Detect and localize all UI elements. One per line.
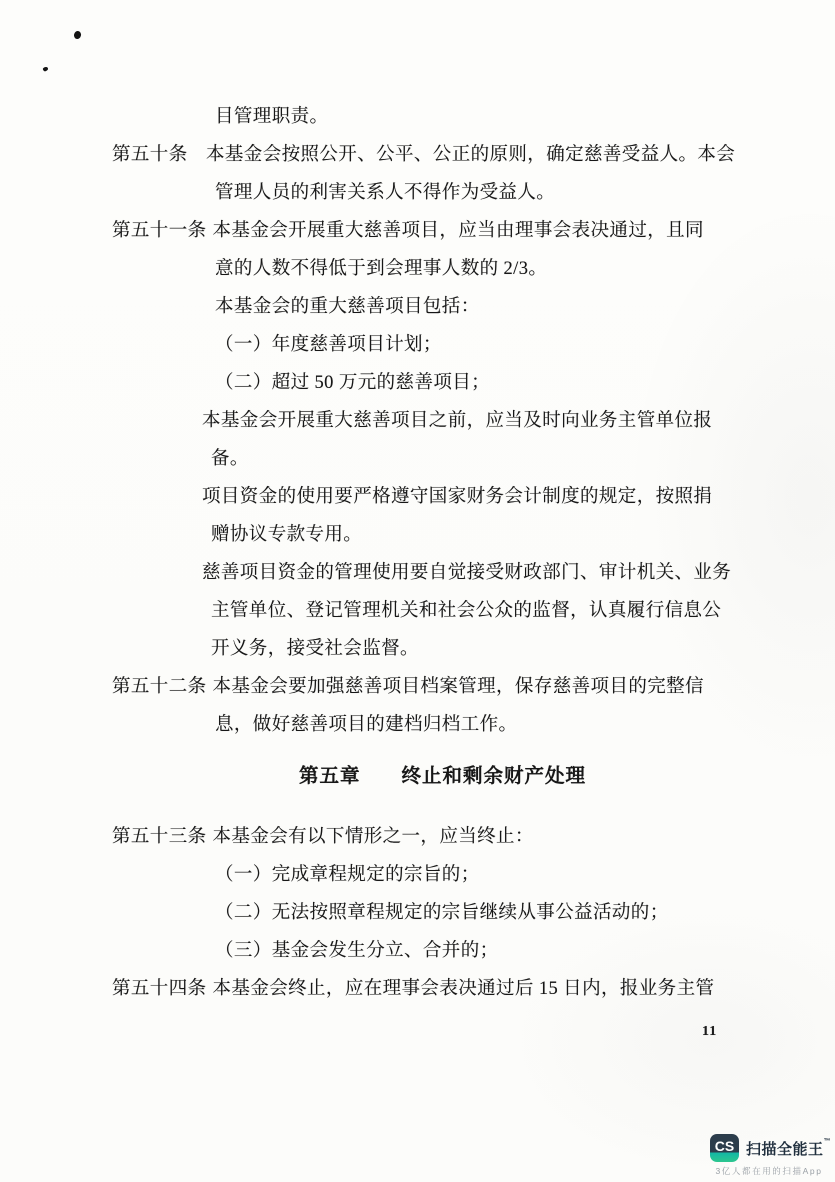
- line-text: 目管理职责。: [215, 107, 328, 127]
- line-text: 主管单位、登记管理机关和社会公众的监督，认真履行信息公: [211, 601, 721, 621]
- line-text: 本基金会的重大慈善项目包括：: [215, 297, 480, 317]
- camscanner-tagline: 3亿人都在用的扫描App: [710, 1165, 828, 1177]
- document-body: 目管理职责。 第五十条 本基金会按照公开、公平、公正的原则，确定慈善受益人。本会…: [0, 98, 835, 1008]
- doc-line: 项目资金的使用要严格遵守国家财务会计制度的规定，按照捐: [0, 478, 835, 516]
- article-number: 第五十四条: [112, 970, 207, 1008]
- article-number: 第五十二条: [112, 668, 207, 706]
- doc-line: 第五十一条 本基金会开展重大慈善项目，应当由理事会表决通过，且同: [0, 212, 835, 250]
- doc-line: （二）超过 50 万元的慈善项目；: [0, 364, 835, 402]
- camscanner-watermark: CS 扫描全能王™ 3亿人都在用的扫描App: [710, 1134, 828, 1177]
- line-text: 本基金会按照公开、公平、公正的原则，确定慈善受益人。本会: [206, 136, 735, 174]
- camscanner-cs-icon: CS: [710, 1134, 739, 1162]
- doc-line: 息，做好慈善项目的建档归档工作。: [0, 706, 835, 744]
- trademark-symbol: ™: [824, 1138, 832, 1145]
- doc-line: 第五十三条 本基金会有以下情形之一，应当终止：: [0, 818, 835, 856]
- camscanner-title-text: 扫描全能王: [746, 1141, 824, 1158]
- line-text: 备。: [211, 449, 249, 469]
- line-text: （二）超过 50 万元的慈善项目；: [215, 373, 490, 393]
- doc-line: 开义务，接受社会监督。: [0, 630, 835, 668]
- line-text: 项目资金的使用要严格遵守国家财务会计制度的规定，按照捐: [202, 487, 712, 507]
- page-number: 11: [702, 1024, 717, 1040]
- doc-line: 第五章 终止和剩余财产处理: [0, 758, 835, 796]
- doc-line: 第五十条 本基金会按照公开、公平、公正的原则，确定慈善受益人。本会: [0, 136, 835, 174]
- scanned-document-page: 目管理职责。 第五十条 本基金会按照公开、公平、公正的原则，确定慈善受益人。本会…: [0, 0, 835, 1182]
- line-text: 意的人数不得低于到会理事人数的 2/3。: [215, 259, 547, 279]
- doc-line: 第五十二条 本基金会要加强慈善项目档案管理，保存慈善项目的完整信: [0, 668, 835, 706]
- ink-speck: [42, 66, 48, 72]
- line-text: 本基金会有以下情形之一，应当终止：: [213, 818, 534, 856]
- line-text: （一）年度慈善项目计划；: [215, 335, 442, 355]
- doc-line: 第五十四条 本基金会终止，应在理事会表决通过后 15 日内，报业务主管: [0, 970, 835, 1008]
- line-text: 开义务，接受社会监督。: [211, 639, 419, 659]
- line-text: 息，做好慈善项目的建档归档工作。: [215, 715, 517, 735]
- doc-line: 赠协议专款专用。: [0, 516, 835, 554]
- article-number: 第五十三条: [112, 818, 207, 856]
- line-text: 管理人员的利害关系人不得作为受益人。: [215, 183, 555, 203]
- doc-line: 本基金会开展重大慈善项目之前，应当及时向业务主管单位报: [0, 402, 835, 440]
- line-text: 本基金会要加强慈善项目档案管理，保存慈善项目的完整信: [213, 668, 704, 706]
- line-text: 本基金会开展重大慈善项目，应当由理事会表决通过，且同: [213, 212, 704, 250]
- line-text: 本基金会开展重大慈善项目之前，应当及时向业务主管单位报: [202, 411, 712, 431]
- article-number: 第五十一条: [112, 212, 207, 250]
- doc-line: 目管理职责。: [0, 98, 835, 136]
- doc-line: 主管单位、登记管理机关和社会公众的监督，认真履行信息公: [0, 592, 835, 630]
- line-text: （二）无法按照章程规定的宗旨继续从事公益活动的；: [215, 903, 669, 923]
- doc-line: （一）年度慈善项目计划；: [0, 326, 835, 364]
- doc-line: 本基金会的重大慈善项目包括：: [0, 288, 835, 326]
- ink-speck: [73, 30, 82, 40]
- line-text: （三）基金会发生分立、合并的；: [215, 941, 499, 961]
- doc-line: （三）基金会发生分立、合并的；: [0, 932, 835, 970]
- line-text: 本基金会终止，应在理事会表决通过后 15 日内，报业务主管: [213, 970, 715, 1008]
- line-text: （一）完成章程规定的宗旨的；: [215, 865, 480, 885]
- doc-line: 管理人员的利害关系人不得作为受益人。: [0, 174, 835, 212]
- line-text: 赠协议专款专用。: [211, 525, 362, 545]
- doc-line: （二）无法按照章程规定的宗旨继续从事公益活动的；: [0, 894, 835, 932]
- camscanner-app-name: 扫描全能王™: [746, 1138, 831, 1159]
- doc-line: 备。: [0, 440, 835, 478]
- doc-line: 慈善项目资金的管理使用要自觉接受财政部门、审计机关、业务: [0, 554, 835, 592]
- camscanner-logo-row: CS 扫描全能王™: [710, 1134, 828, 1162]
- doc-line: 意的人数不得低于到会理事人数的 2/3。: [0, 250, 835, 288]
- line-text: 慈善项目资金的管理使用要自觉接受财政部门、审计机关、业务: [202, 563, 731, 583]
- doc-line: （一）完成章程规定的宗旨的；: [0, 856, 835, 894]
- article-number: 第五十条: [112, 136, 200, 174]
- line-text: 第五章 终止和剩余财产处理: [299, 766, 586, 787]
